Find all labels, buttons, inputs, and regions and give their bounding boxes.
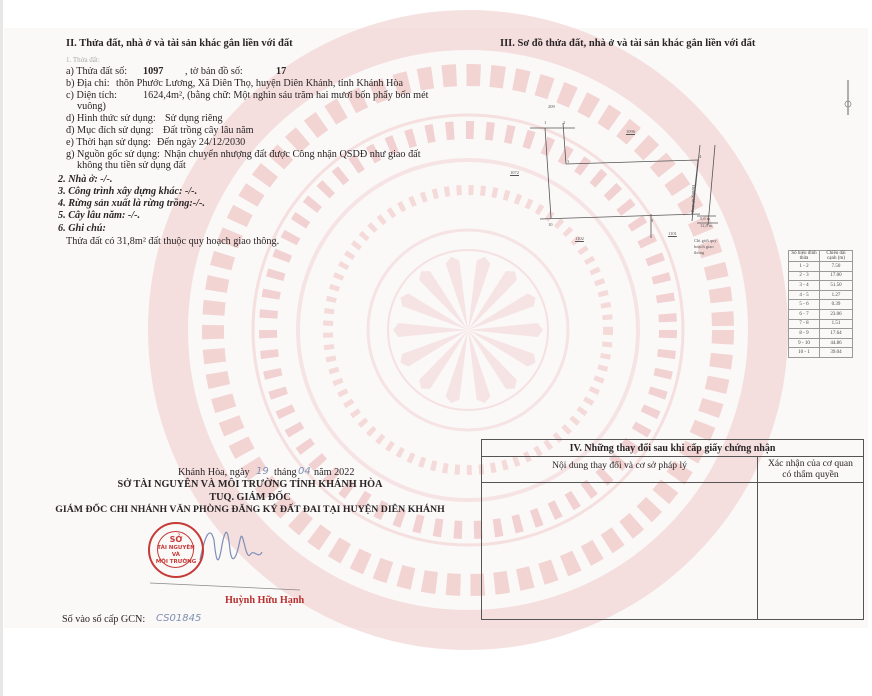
- address-label: b) Địa chỉ:: [66, 78, 110, 90]
- length-cell: 51.50: [820, 281, 853, 291]
- table-row: 3 - 451.50: [789, 281, 853, 291]
- edge-cell: 6 - 7: [789, 309, 820, 319]
- table-row: 5 - 60.39: [789, 300, 853, 310]
- perennial-trees-item: 5. Cây lâu năm: -/-.: [58, 210, 140, 222]
- edge-cell: 3 - 4: [789, 281, 820, 291]
- changes-col-content: Nội dung thay đổi và cơ sở pháp lý: [482, 457, 758, 483]
- table-header-row: Số hiệu đỉnh thửa Chiều dài cạnh (m): [789, 251, 853, 262]
- seal-line-2: TÀI NGUYÊN: [150, 545, 202, 551]
- year-label: năm 2022: [314, 467, 354, 479]
- house-item: 2. Nhà ở: -/-.: [58, 174, 112, 186]
- length-cell: 0.39: [820, 300, 853, 310]
- day-handwritten: 19: [256, 466, 269, 478]
- edge-cell: 7 - 8: [789, 319, 820, 329]
- edge-cell: 10 - 1: [789, 348, 820, 358]
- length-cell: 1.27: [820, 290, 853, 300]
- road-label: Đường bê tông: [690, 185, 696, 212]
- term-value: Đến ngày 24/12/2030: [157, 137, 245, 149]
- vertex-2: 2: [563, 120, 565, 126]
- length-cell: 17.00: [820, 271, 853, 281]
- changes-col-confirmation: Xác nhận của cơ quan có thẩm quyền: [758, 457, 864, 483]
- vertex-10: 10: [548, 222, 553, 228]
- length-cell: 44.86: [820, 338, 853, 348]
- official-seal: SỞ TÀI NGUYÊN VÀ MÔI TRƯỜNG: [148, 522, 204, 578]
- table-row: 10 - 139.04: [789, 348, 853, 358]
- place-label: Khánh Hòa, ngày: [178, 467, 250, 479]
- month-handwritten: 04: [298, 466, 311, 478]
- term-label: e) Thời hạn sử dụng:: [66, 137, 151, 149]
- use-form-value: Sử dụng riêng: [165, 113, 223, 125]
- agency-name: SỞ TÀI NGUYÊN VÀ MÔI TRƯỜNG TỈNH KHÁNH H…: [30, 479, 470, 491]
- table-row: 6 - 723.06: [789, 309, 853, 319]
- changes-title: IV. Những thay đổi sau khi cấp giấy chứn…: [482, 440, 864, 457]
- other-construction-item: 3. Công trình xây dựng khác: -/-.: [58, 186, 197, 198]
- map-sheet-label: , tờ bản đồ số:: [185, 66, 243, 78]
- table-row: 9 - 1044.86: [789, 338, 853, 348]
- changes-confirmation-cell: [758, 483, 864, 620]
- table-row: 1 - 27.50: [789, 262, 853, 272]
- edge-cell: 5 - 6: [789, 300, 820, 310]
- edge-cell: 9 - 10: [789, 338, 820, 348]
- seal-line-1: SỞ: [150, 535, 202, 544]
- notes-value: Thửa đất có 31,8m² đất thuộc quy hoạch g…: [66, 236, 279, 248]
- dimension-5-6m: 5,6 m: [700, 216, 710, 222]
- neighbor-1072: 1072: [510, 170, 519, 176]
- confirmation-line-2: có thẩm quyền: [782, 469, 838, 480]
- registry-label: Số vào sổ cấp GCN:: [62, 614, 145, 626]
- edge-cell: 1 - 2: [789, 262, 820, 272]
- table-row: 7 - 81.51: [789, 319, 853, 329]
- vertex-1: 1: [544, 120, 546, 126]
- edge-cell: 4 - 5: [789, 290, 820, 300]
- length-cell: 17.64: [820, 329, 853, 339]
- neighbor-209: 209: [548, 104, 555, 110]
- registry-value: CS01845: [156, 613, 201, 625]
- area-value-cont: vuông): [77, 101, 106, 113]
- signer-position: GIÁM ĐỐC CHI NHÁNH VĂN PHÒNG ĐĂNG KÝ ĐẤT…: [20, 504, 480, 516]
- changes-content-cell: [482, 483, 758, 620]
- purpose-label: đ) Mục đích sử dụng:: [66, 125, 154, 137]
- vertex-4: 4: [699, 154, 701, 160]
- dimension-12m: 12,0 m: [700, 223, 713, 229]
- parcel-number: 1097: [143, 66, 163, 78]
- map-sheet-number: 17: [276, 66, 286, 78]
- parcel-label: a) Thửa đất số:: [66, 66, 127, 78]
- header-vertex: Số hiệu đỉnh thửa: [789, 251, 820, 262]
- edge-cell: 2 - 3: [789, 271, 820, 281]
- section-ii-subheader: 1. Thửa đất:: [66, 54, 100, 66]
- seal-line-3: VÀ: [150, 552, 202, 558]
- seal-line-4: MÔI TRƯỜNG: [150, 559, 202, 565]
- origin-value: Nhận chuyển nhượng đất được Công nhận QS…: [164, 149, 421, 161]
- table-row: 8 - 917.64: [789, 329, 853, 339]
- edge-cell: 8 - 9: [789, 329, 820, 339]
- origin-value-cont: không thu tiền sử dụng đất: [77, 160, 186, 172]
- address-value: thôn Phước Lương, Xã Diên Thọ, huyện Diê…: [116, 78, 403, 90]
- length-cell: 39.04: [820, 348, 853, 358]
- north-arrow: [845, 80, 851, 115]
- length-cell: 23.06: [820, 309, 853, 319]
- signer-name: Huỳnh Hữu Hạnh: [225, 595, 304, 607]
- plantation-forest-item: 4. Rừng sản xuất là rừng trồng:-/-.: [58, 198, 205, 210]
- month-label: tháng: [274, 467, 297, 479]
- planning-boundary-note: Chỉ giới quy hoạch giao thông: [694, 238, 722, 256]
- delegation-title: TUQ. GIÁM ĐỐC: [30, 492, 470, 504]
- use-form-label: d) Hình thức sử dụng:: [66, 113, 156, 125]
- vertex-3: 3: [567, 159, 569, 165]
- header-length: Chiều dài cạnh (m): [820, 251, 853, 262]
- section-ii-header: II. Thửa đất, nhà ở và tài sản khác gắn …: [66, 38, 293, 50]
- neighbor-1096: 1096: [626, 129, 635, 135]
- vertex-9: 9: [651, 218, 653, 224]
- purpose-value: Đất trồng cây lâu năm: [163, 125, 254, 137]
- section-iii-header: III. Sơ đồ thửa đất, nhà ở và tài sản kh…: [500, 38, 755, 50]
- area-value: 1624,4m², (bằng chữ: Một nghìn sáu trăm …: [143, 90, 428, 102]
- confirmation-line-1: Xác nhận của cơ quan: [768, 458, 853, 469]
- neighbor-1101: 1101: [668, 231, 677, 237]
- length-cell: 7.50: [820, 262, 853, 272]
- edge-length-table: Số hiệu đỉnh thửa Chiều dài cạnh (m) 1 -…: [788, 250, 853, 358]
- length-cell: 1.51: [820, 319, 853, 329]
- neighbor-1102: 1102: [575, 236, 584, 242]
- table-row: 2 - 317.00: [789, 271, 853, 281]
- notes-label: 6. Ghi chú:: [58, 223, 106, 235]
- changes-table: IV. Những thay đổi sau khi cấp giấy chứn…: [481, 439, 864, 620]
- table-row: 4 - 51.27: [789, 290, 853, 300]
